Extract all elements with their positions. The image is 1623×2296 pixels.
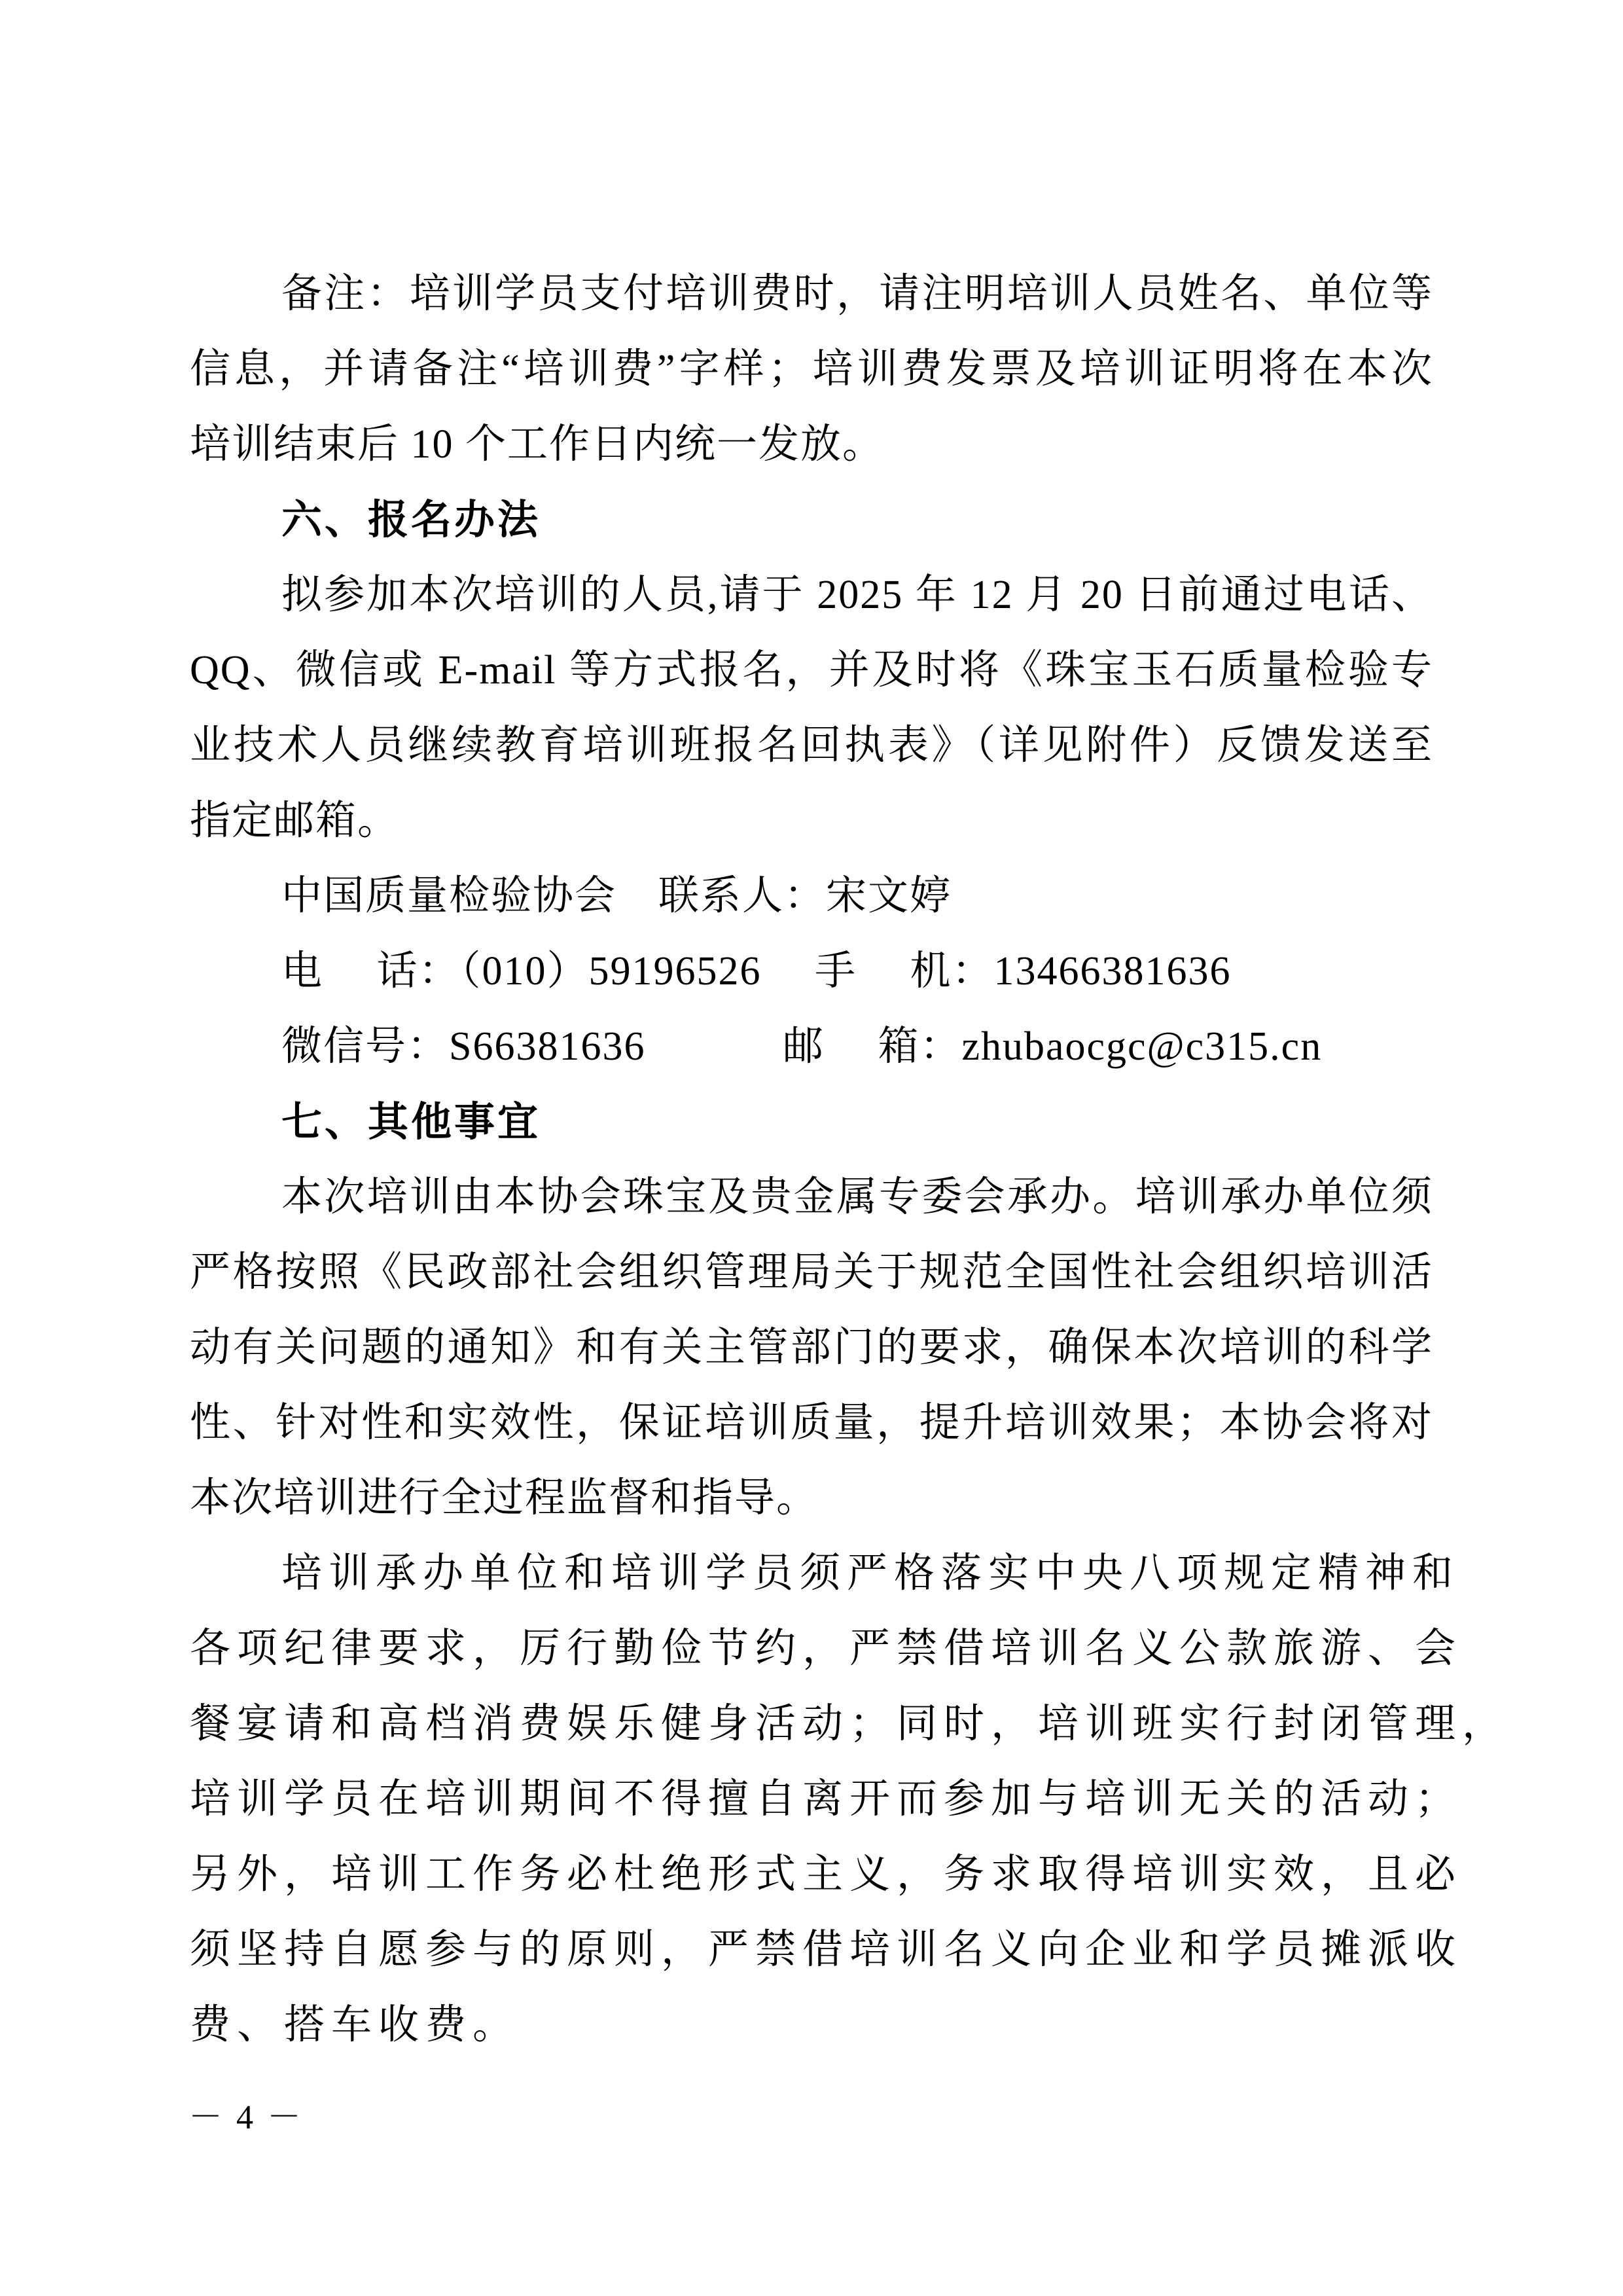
document-line: 餐宴请和高档消费娱乐健身活动；同时，培训班实行封闭管理，	[190, 1687, 1433, 1762]
document-line: QQ、微信或 E-mail 等方式报名，并及时将《珠宝玉石质量检验专	[190, 633, 1433, 708]
document-line: 严格按照《民政部社会组织管理局关于规范全国性社会组织培训活	[190, 1235, 1433, 1310]
document-line: 动有关问题的通知》和有关主管部门的要求，确保本次培训的科学	[190, 1310, 1433, 1386]
document-line: 中国质量检验协会 联系人：宋文婷	[190, 859, 1433, 934]
document-line: 备注：培训学员支付培训费时，请注明培训人员姓名、单位等	[190, 257, 1433, 332]
document-line: 微信号：S66381636 邮 箱：zhubaocgc@c315.cn	[190, 1009, 1433, 1085]
document-page: 备注：培训学员支付培训费时，请注明培训人员姓名、单位等信息，并请备注“培训费”字…	[0, 0, 1623, 2296]
document-line: 性、针对性和实效性，保证培训质量，提升培训效果；本协会将对	[190, 1386, 1433, 1461]
document-line: 培训承办单位和培训学员须严格落实中央八项规定精神和	[190, 1536, 1433, 1611]
document-line: 费、搭车收费。	[190, 1988, 1433, 2063]
document-line: 业技术人员继续教育培训班报名回执表》（详见附件）反馈发送至	[190, 708, 1433, 783]
document-line: 培训结束后 10 个工作日内统一发放。	[190, 407, 1433, 482]
document-line: 本次培训由本协会珠宝及贵金属专委会承办。培训承办单位须	[190, 1160, 1433, 1235]
document-line: 各项纪律要求，厉行勤俭节约，严禁借培训名义公款旅游、会	[190, 1611, 1433, 1687]
document-line: 拟参加本次培训的人员,请于 2025 年 12 月 20 日前通过电话、	[190, 558, 1433, 633]
document-line: 电 话：（010）59196526 手 机：13466381636	[190, 934, 1433, 1009]
document-body: 备注：培训学员支付培训费时，请注明培训人员姓名、单位等信息，并请备注“培训费”字…	[190, 257, 1433, 2063]
document-line: 培训学员在培训期间不得擅自离开而参加与培训无关的活动；	[190, 1762, 1433, 1837]
page-number: － 4 －	[188, 2092, 304, 2144]
document-line: 须坚持自愿参与的原则，严禁借培训名义向企业和学员摊派收	[190, 1912, 1433, 1988]
document-line: 另外，培训工作务必杜绝形式主义，务求取得培训实效，且必	[190, 1837, 1433, 1912]
document-line: 本次培训进行全过程监督和指导。	[190, 1461, 1433, 1536]
document-line: 信息，并请备注“培训费”字样；培训费发票及培训证明将在本次	[190, 332, 1433, 407]
document-line: 指定邮箱。	[190, 783, 1433, 859]
section-heading: 七、其他事宜	[190, 1085, 1433, 1160]
section-heading: 六、报名办法	[190, 482, 1433, 558]
